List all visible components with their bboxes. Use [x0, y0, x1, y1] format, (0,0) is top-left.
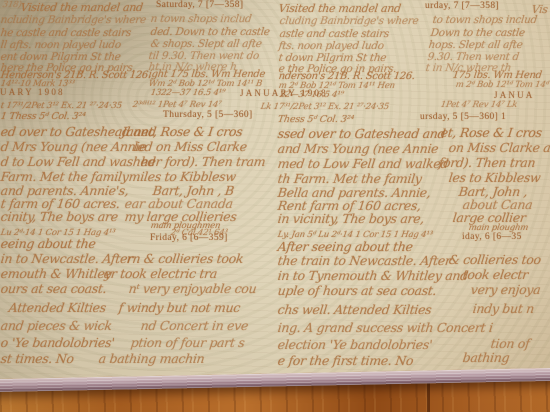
handwritten-line: t 17³¹/2Pet 3¹² Ex. 21 ²⁷·24·35 — [0, 102, 122, 111]
handwritten-line: & collieries too — [448, 254, 542, 267]
printed-date-header: JANUA — [494, 91, 535, 100]
handwritten-line: and pieces & wick — [0, 320, 112, 333]
printed-date-header: Saturday, 7 [7—358] — [156, 1, 243, 11]
handwritten-line: nd Concert in eve — [140, 320, 249, 333]
handwritten-line: uple of hours at sea coast. — [277, 285, 437, 298]
photo-frame: 318)Visited the mandel andSaturday, 7 [7… — [0, 0, 550, 412]
handwritten-line: th Farm. Met the family — [277, 173, 422, 186]
handwritten-line: astle and castle stairs — [279, 29, 390, 40]
handwritten-line: m 2ᵈ Bob 12¹ᵈ Tom 14ᵈ — [455, 81, 549, 90]
handwritten-line: 318) — [2, 1, 22, 10]
handwritten-line: led on Miss Clarke — [133, 141, 248, 154]
handwritten-line: Janet, Rose & I cros — [121, 126, 243, 139]
handwritten-line: ncluding Bainbridge's where — [0, 15, 147, 26]
handwritten-line: fts. noon played ludo — [278, 41, 384, 52]
handwritten-line: to town shops includ — [432, 15, 538, 26]
printed-date-header: urday, 7 [7—358] — [425, 2, 499, 12]
handwritten-line: n town shops includ — [150, 14, 252, 25]
handwritten-line: t down Pilgrim St the — [278, 53, 387, 64]
handwritten-line: on Miss Clarke a — [448, 142, 550, 155]
printed-date-header: ursday, 5 [5—360] 1 — [420, 113, 506, 123]
handwritten-line: Visited the mandel and — [278, 3, 401, 14]
handwritten-line: chs well. Attended Kilties — [277, 304, 432, 317]
handwritten-line: st times. No — [0, 353, 74, 366]
handwritten-line: & shops. Slept all afte — [150, 39, 262, 50]
handwritten-line: and Mrs Young (nee Annie — [277, 143, 439, 156]
handwritten-line: f windy but not muc — [118, 302, 241, 315]
handwritten-line: nᵗ very enjoyable cou — [128, 283, 257, 296]
handwritten-line: he castle and castle stairs — [0, 28, 132, 39]
handwritten-line: indy but n — [472, 303, 535, 316]
handwritten-line: Lk 17³¹/2Pet 3¹² Ex. 21 ²⁷·24·35 — [260, 103, 390, 112]
handwritten-line: o 'Ye bandolobries' — [0, 337, 115, 350]
handwritten-line: hops. Slept all afte — [428, 40, 523, 51]
handwritten-line: til 9.30. Then went do — [148, 51, 260, 62]
printed-date-header: Thursday, 5 [5—360] — [163, 111, 253, 121]
handwritten-line: d to Low Fell and washed — [0, 156, 156, 169]
handwritten-line: in to Newcastle. After — [0, 253, 134, 266]
handwritten-line: cluding Bainbridge's where — [279, 16, 419, 27]
handwritten-line: med to Low Fell and walked — [277, 158, 449, 171]
handwritten-line: Down to the castle — [430, 28, 525, 39]
handwritten-line: ll afts. noon played ludo — [0, 40, 121, 51]
handwritten-line: election 'Ye bandolobries' — [277, 339, 433, 352]
handwritten-line: bathing — [462, 352, 510, 365]
handwritten-line: 2³ᵈᴴ¹² 1Pet 4⁷ Rev 14⁷ — [132, 101, 222, 110]
printed-date-header: iday, 6 [6—35 — [462, 233, 522, 243]
handwritten-line: er took electric tra — [103, 268, 218, 281]
handwritten-line: the train to Newcastle. After — [277, 255, 451, 268]
handwritten-line: tion of — [490, 338, 530, 351]
handwritten-line: Farm. Met the family — [0, 171, 129, 184]
handwritten-line: eeing about the — [0, 238, 96, 251]
printed-date-header: JANUARY 1908 — [240, 89, 328, 98]
handwritten-line: ded. Down to the castle — [150, 27, 270, 38]
handwritten-line: Attended Kilties — [8, 302, 107, 315]
handwritten-line: ing. A grand success with Concert i — [277, 322, 493, 335]
handwritten-line: in vicinity, The boys are, — [277, 213, 425, 226]
handwritten-line: 1 Thess 5ᵈ Col. 3²⁴ — [0, 112, 86, 122]
handwritten-line: 1322—37 16.5 4¹⁹ — [150, 89, 226, 98]
handwritten-line: ford). Then tran — [438, 157, 536, 170]
handwritten-line: d Mrs Young (nee Annie — [0, 141, 147, 154]
handwritten-line: et, Rose & I cros — [440, 127, 542, 140]
handwritten-line: very enjoya — [470, 284, 541, 297]
handwritten-line: e for the first time. No — [277, 355, 414, 368]
handwritten-line: Thess 5ᵈ Col. 3²⁴ — [277, 115, 355, 125]
handwritten-line: After seeing about the — [277, 241, 413, 254]
handwritten-line: ent down Pilgrim St the — [0, 52, 121, 63]
handwritten-line: rn & collieries took — [126, 253, 244, 266]
handwritten-line: ssed over to Gateshead and — [277, 128, 446, 141]
handwritten-line: a bathing machin — [98, 353, 205, 366]
handwritten-line: took electr — [462, 269, 529, 282]
handwritten-line: Visited the mandel and — [20, 2, 143, 13]
handwritten-line: ption of four part s — [130, 337, 245, 350]
handwritten-line: les to Kibblesw — [448, 172, 541, 185]
handwritten-line: her ford). Then tram — [140, 156, 266, 169]
handwritten-line: 1Pet 4⁷ Rev 14⁷ Lk — [440, 101, 518, 110]
handwriting-layer: 318)Visited the mandel andSaturday, 7 [7… — [0, 0, 550, 412]
handwritten-line: emouth & Whitley — [0, 268, 112, 281]
handwritten-line: miles to Kibblesw — [128, 171, 236, 184]
handwritten-line: 9.30. Then went d — [427, 52, 520, 63]
printed-date-header: Friday, 6 [6—359] — [150, 234, 228, 244]
handwritten-line: ours at sea coast. — [0, 283, 107, 296]
handwritten-line: in to Tynemouth & Whitley and — [277, 270, 469, 283]
printed-date-header: UARY 1908 — [0, 88, 65, 97]
handwritten-line: cinity, The boys are — [0, 211, 119, 224]
